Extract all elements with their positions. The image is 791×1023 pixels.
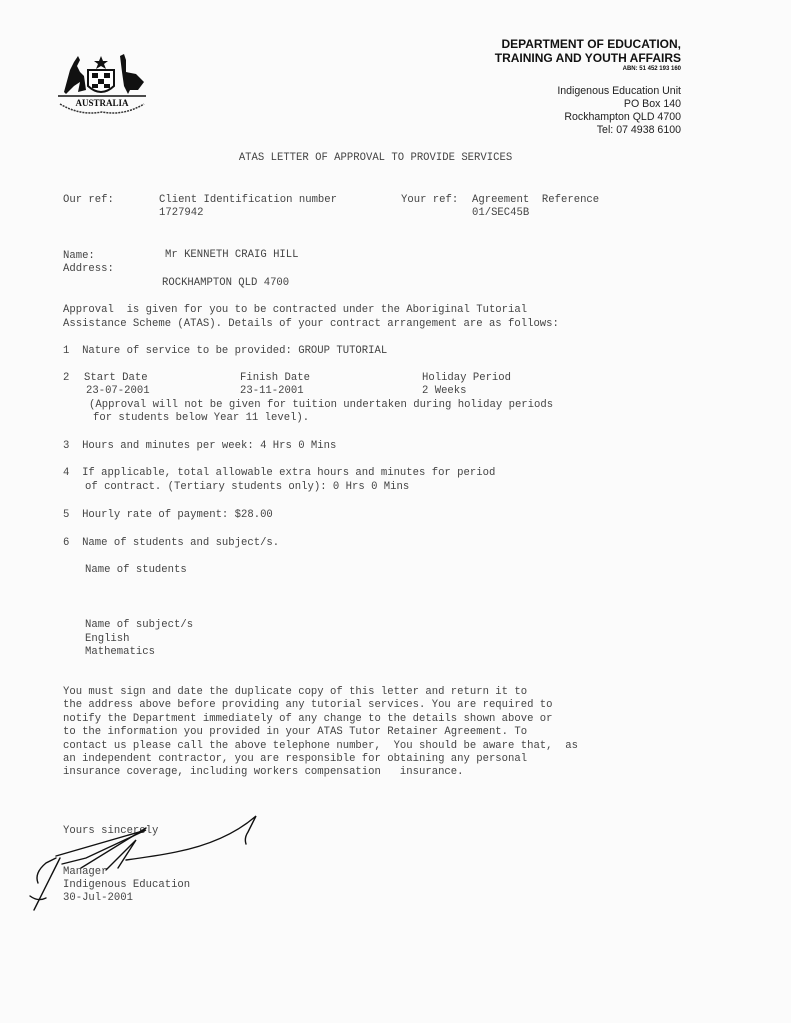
finish-date-value: 23-11-2001 xyxy=(240,385,304,398)
closing-line: the address above before providing any t… xyxy=(63,699,578,712)
name-label: Name: xyxy=(63,250,95,263)
closing-paragraph: You must sign and date the duplicate cop… xyxy=(63,686,578,780)
subject-item: Mathematics xyxy=(85,646,155,659)
item-6: 6 Name of students and subject/s. xyxy=(63,537,279,550)
your-ref-value: 01/SEC45B xyxy=(472,207,529,220)
letter-title: ATAS LETTER OF APPROVAL TO PROVIDE SERVI… xyxy=(0,152,751,165)
coat-of-arms-icon: AUSTRALIA xyxy=(50,42,154,118)
closing-line: You must sign and date the duplicate cop… xyxy=(63,686,578,699)
unit-name: Indigenous Education Unit xyxy=(557,85,681,98)
intro-line-1: Approval is given for you to be contract… xyxy=(63,304,527,317)
subject-item: English xyxy=(85,633,130,646)
holiday-period-value: 2 Weeks xyxy=(422,385,467,398)
our-ref-label: Our ref: xyxy=(63,194,114,207)
address-label: Address: xyxy=(63,263,114,276)
telephone: Tel: 07 4938 6100 xyxy=(557,124,681,137)
closing-line: notify the Department immediately of any… xyxy=(63,713,578,726)
holiday-period-label: Holiday Period xyxy=(422,372,511,385)
item-5: 5 Hourly rate of payment: $28.00 xyxy=(63,509,273,522)
start-date-label: Start Date xyxy=(84,372,148,385)
abn: ABN: 51 452 193 160 xyxy=(495,65,681,74)
intro-line-2: Assistance Scheme (ATAS). Details of you… xyxy=(63,318,559,331)
students-label: Name of students xyxy=(85,564,187,577)
closing-line: to the information you provided in your … xyxy=(63,726,578,739)
item-2-num: 2 xyxy=(63,372,69,385)
department-line-2: TRAINING AND YOUTH AFFAIRS xyxy=(495,51,681,65)
item-3: 3 Hours and minutes per week: 4 Hrs 0 Mi… xyxy=(63,440,336,453)
po-box: PO Box 140 xyxy=(557,98,681,111)
your-ref-label: Your ref: xyxy=(401,194,458,207)
finish-date-label: Finish Date xyxy=(240,372,310,385)
closing-line: insurance coverage, including workers co… xyxy=(63,766,578,779)
recipient-address: ROCKHAMPTON QLD 4700 xyxy=(162,277,289,290)
department-name: DEPARTMENT OF EDUCATION, TRAINING AND YO… xyxy=(495,37,681,74)
closing-line: contact us please call the above telepho… xyxy=(63,740,578,753)
recipient-name: Mr KENNETH CRAIG HILL xyxy=(165,249,299,262)
holiday-note-1: (Approval will not be given for tuition … xyxy=(89,399,553,412)
our-ref-desc: Client Identification number xyxy=(159,194,337,207)
your-ref-desc: Agreement Reference xyxy=(472,194,599,207)
item-4-line-2: of contract. (Tertiary students only): 0… xyxy=(85,481,409,494)
city: Rockhampton QLD 4700 xyxy=(557,111,681,124)
subjects-label: Name of subject/s xyxy=(85,619,193,632)
holiday-note-2: for students below Year 11 level). xyxy=(93,412,309,425)
unit-address: Indigenous Education Unit PO Box 140 Roc… xyxy=(557,85,681,137)
handwritten-signature-icon xyxy=(26,798,276,913)
closing-line: an independent contractor, you are respo… xyxy=(63,753,578,766)
department-line-1: DEPARTMENT OF EDUCATION, xyxy=(495,37,681,51)
start-date-value: 23-07-2001 xyxy=(86,385,150,398)
item-4-line-1: 4 If applicable, total allowable extra h… xyxy=(63,467,495,480)
item-1: 1 Nature of service to be provided: GROU… xyxy=(63,345,387,358)
our-ref-value: 1727942 xyxy=(159,207,204,220)
svg-text:AUSTRALIA: AUSTRALIA xyxy=(75,98,129,108)
